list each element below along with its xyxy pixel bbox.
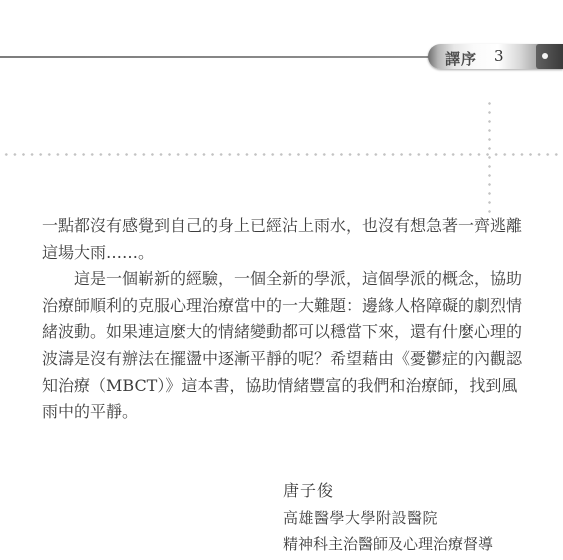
signature-block: 唐子俊 高雄醫學大學附設醫院 精神科主治醫師及心理治療督導 [283,477,493,557]
dotted-line-horizontal [0,152,563,157]
body-line: 緒波動。如果連這麼大的情緒變動都可以穩當下來，還有什麼心理的 [42,319,526,346]
page-number: 3 [494,47,504,65]
corner-tab [536,44,563,69]
body-line: 知治療（MBCT）》這本書，協助情緒豐富的我們和治療師，找到風 [42,373,526,400]
body-line: 雨中的平靜。 [42,399,526,426]
section-label: 譯序 [445,48,477,69]
body-line: 一點都沒有感覺到自己的身上已經沾上雨水，也沒有想急著一齊逃離 [42,213,526,240]
signature-affiliation: 高雄醫學大學附設醫院 [283,505,493,531]
body-line: 治療師順利的克服心理治療當中的一大難題：邊緣人格障礙的劇烈情 [42,293,526,320]
body-line: 這場大雨……。 [42,240,526,267]
body-line: 這是一個嶄新的經驗，一個全新的學派，這個學派的概念，協助 [42,266,526,293]
tab-dot-icon [542,53,548,59]
dotted-line-vertical [487,97,492,216]
header-rule [0,56,434,58]
signature-title: 精神科主治醫師及心理治療督導 [283,531,493,557]
body-line: 波濤是沒有辦法在擺盪中逐漸平靜的呢？希望藉由《憂鬱症的內觀認 [42,346,526,373]
signature-name: 唐子俊 [283,477,493,505]
preface-body: 一點都沒有感覺到自己的身上已經沾上雨水，也沒有想急著一齊逃離 這場大雨……。 這… [42,213,526,426]
